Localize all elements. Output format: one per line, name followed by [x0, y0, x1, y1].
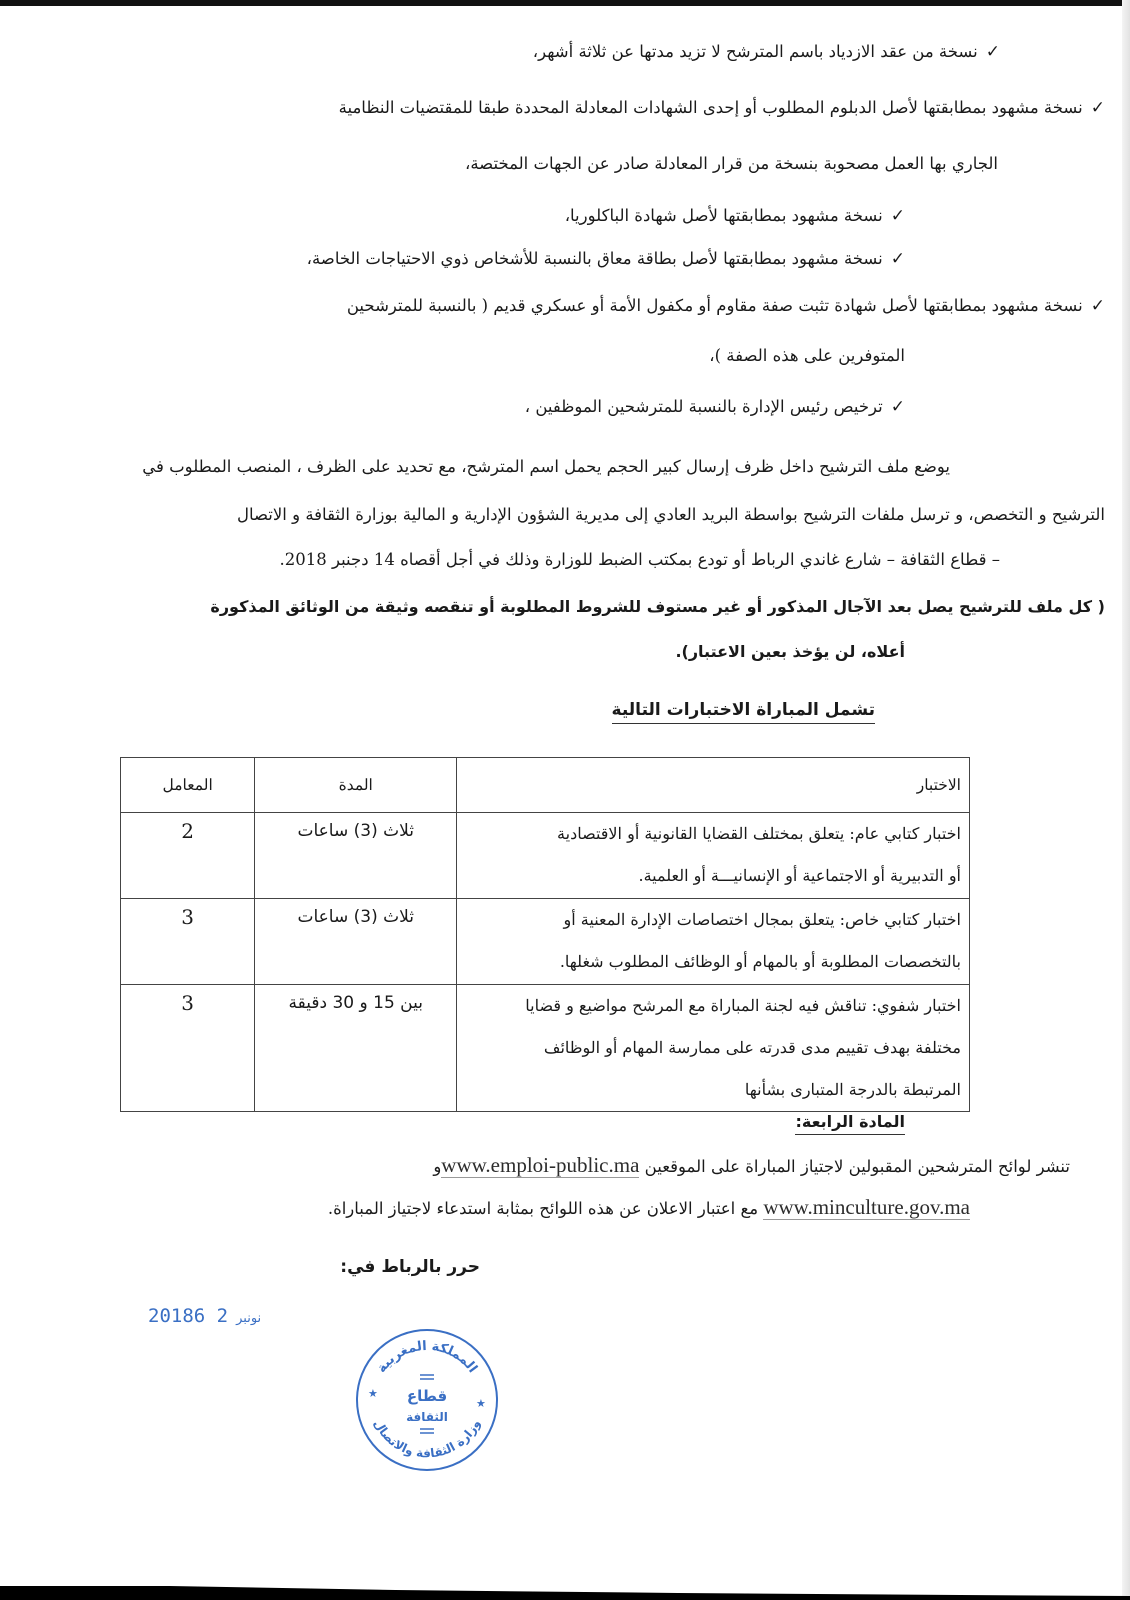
article4-heading: المادة الرابعة: — [795, 1112, 905, 1135]
table-header-row: الاختبار المدة المعامل — [121, 758, 970, 813]
official-seal: المملكة المغربية قطاع الثقافة ★ ★ وزارة … — [352, 1325, 502, 1475]
test-description: اختبار شفوي: تناقش فيه لجنة المباراة مع … — [457, 985, 970, 1112]
svg-text:الثقافة: الثقافة — [406, 1410, 448, 1424]
header-coefficient: المعامل — [121, 758, 255, 813]
test-coefficient: 3 — [121, 985, 255, 1112]
svg-text:★: ★ — [476, 1397, 486, 1410]
checklist-item-continuation: الجاري بها العمل مصحوبة بنسخة من قرار ال… — [465, 152, 998, 176]
checkmark-icon: ✓ — [1091, 294, 1105, 318]
warning-line: ( كل ملف للترشيح يصل بعد الآجال المذكور … — [210, 595, 1105, 619]
test-coefficient: 3 — [121, 899, 255, 985]
submission-line: الترشيح و التخصص، و ترسل ملفات الترشيح ب… — [237, 503, 1105, 527]
scan-border-bottom — [0, 1580, 1130, 1600]
seal-icon: المملكة المغربية قطاع الثقافة ★ ★ وزارة … — [352, 1325, 502, 1475]
header-duration: المدة — [255, 758, 457, 813]
signature-place: حرر بالرباط في: — [340, 1255, 480, 1279]
table-row: اختبار كتابي خاص: يتعلق بمجال اختصاصات ا… — [121, 899, 970, 985]
article4-line: www.minculture.gov.ma مع اعتبار الاعلان … — [328, 1192, 970, 1224]
test-duration: بين 15 و 30 دقيقة — [255, 985, 457, 1112]
svg-text:المملكة المغربية: المملكة المغربية — [374, 1339, 480, 1376]
submission-line: يوضع ملف الترشيح داخل ظرف إرسال كبير الح… — [142, 455, 950, 479]
test-coefficient: 2 — [121, 813, 255, 899]
checklist-item: ✓ترخيص رئيس الإدارة بالنسبة للمترشحين ال… — [525, 395, 905, 419]
date-stamp: 2018نونبر2 6 — [148, 1305, 269, 1327]
checklist-item: ✓نسخة مشهود بمطابقتها لأصل شهادة تثبت صف… — [347, 294, 1105, 318]
checkmark-icon: ✓ — [986, 40, 1000, 64]
checkmark-icon: ✓ — [891, 204, 905, 228]
checklist-item: ✓نسخة مشهود بمطابقتها لأصل بطاقة معاق با… — [307, 247, 905, 271]
warning-line: أعلاه، لن يؤخذ بعين الاعتبار). — [675, 640, 905, 664]
test-duration: ثلاث (3) ساعات — [255, 899, 457, 985]
link-minculture[interactable]: www.minculture.gov.ma — [763, 1195, 970, 1220]
checklist-item: ✓نسخة مشهود بمطابقتها لأصل شهادة الباكلو… — [565, 204, 905, 228]
link-emploi-public[interactable]: www.emploi-public.ma — [441, 1153, 639, 1178]
table-row: اختبار شفوي: تناقش فيه لجنة المباراة مع … — [121, 985, 970, 1112]
svg-text:★: ★ — [368, 1387, 378, 1400]
header-test: الاختبار — [457, 758, 970, 813]
svg-text:قطاع: قطاع — [407, 1387, 447, 1405]
article4-line: تنشر لوائح المترشحين المقبولين لاجتياز ا… — [433, 1150, 1070, 1182]
scan-border-top — [0, 0, 1130, 6]
exams-table: الاختبار المدة المعامل اختبار كتابي عام:… — [120, 757, 970, 1112]
scan-border-right — [1122, 0, 1130, 1600]
test-description: اختبار كتابي خاص: يتعلق بمجال اختصاصات ا… — [457, 899, 970, 985]
submission-line: – قطاع الثقافة – شارع غاندي الرباط أو تو… — [279, 548, 1000, 572]
test-description: اختبار كتابي عام: يتعلق بمختلف القضايا ا… — [457, 813, 970, 899]
checklist-item: ✓نسخة مشهود بمطابقتها لأصل الدبلوم المطل… — [339, 96, 1105, 120]
checkmark-icon: ✓ — [1091, 96, 1105, 120]
checklist-item-continuation: المتوفرين على هذه الصفة )، — [709, 344, 905, 368]
checklist-item: ✓نسخة من عقد الازدياد باسم المترشح لا تز… — [533, 40, 1000, 64]
table-row: اختبار كتابي عام: يتعلق بمختلف القضايا ا… — [121, 813, 970, 899]
checkmark-icon: ✓ — [891, 247, 905, 271]
test-duration: ثلاث (3) ساعات — [255, 813, 457, 899]
exams-heading: تشمل المباراة الاختبارات التالية — [612, 700, 875, 724]
checkmark-icon: ✓ — [891, 395, 905, 419]
